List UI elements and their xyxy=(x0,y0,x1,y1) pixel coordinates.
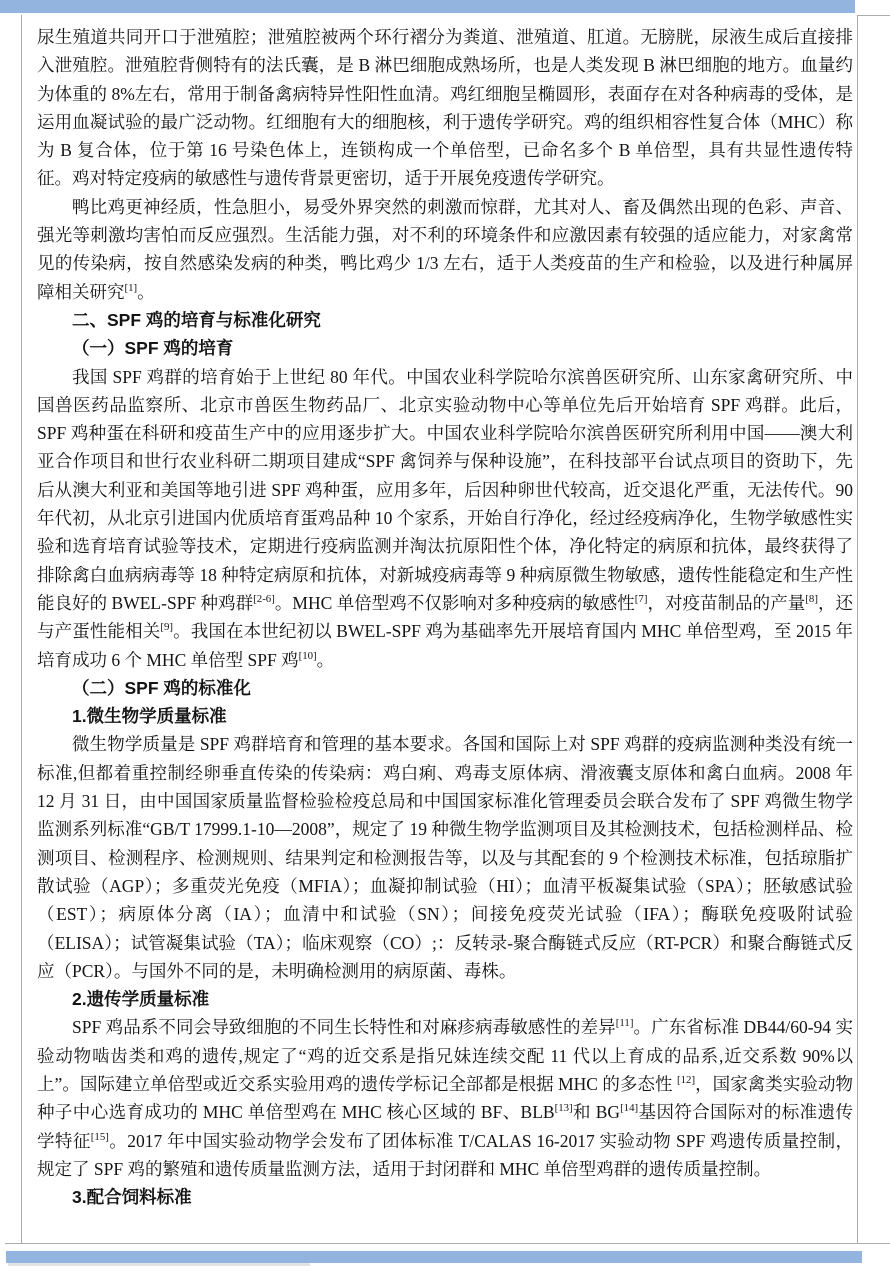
text-run: 。2017 年中国实验动物学会发布了团体标准 T/CALAS 16-2017 实… xyxy=(37,1131,853,1179)
text-run: 尿生殖道共同开口于泄殖腔；泄殖腔被两个环行褶分为粪道、泄殖道、肛道。无膀胱，尿液… xyxy=(37,27,853,188)
section-heading: （一）SPF 鸡的培育 xyxy=(37,334,853,362)
text-run: 我国 SPF 鸡群的培育始于上世纪 80 年代。中国农业科学院哈尔滨兽医研究所、… xyxy=(37,367,853,613)
page-border-right xyxy=(857,15,858,1243)
citation-superscript: [9] xyxy=(160,621,173,633)
paragraph: 我国 SPF 鸡群的培育始于上世纪 80 年代。中国农业科学院哈尔滨兽医研究所、… xyxy=(37,363,853,674)
text-run: 二、SPF 鸡的培育与标准化研究 xyxy=(72,310,321,330)
paragraph: 尿生殖道共同开口于泄殖腔；泄殖腔被两个环行褶分为粪道、泄殖道、肛道。无膀胱，尿液… xyxy=(37,23,853,193)
text-run: 微生物学质量是 SPF 鸡群培育和管理的基本要求。各国和国际上对 SPF 鸡群的… xyxy=(37,734,853,980)
citation-superscript: [2-6] xyxy=(253,593,275,605)
citation-superscript: [13] xyxy=(555,1102,573,1114)
page-boundary-line-top-right xyxy=(857,15,890,16)
section-heading: 3.配合饲料标准 xyxy=(37,1183,853,1211)
text-run: 。 xyxy=(317,650,335,670)
citation-superscript: [11] xyxy=(616,1018,634,1030)
text-run: SPF 鸡品系不同会导致细胞的不同生长特性和对麻疹病毒敏感性的差异 xyxy=(72,1017,616,1037)
text-run: 。MHC 单倍型鸡不仅影响对多种疫病的敏感性 xyxy=(275,593,635,613)
section-heading: 1.微生物学质量标准 xyxy=(37,702,853,730)
citation-superscript: [14] xyxy=(620,1102,638,1114)
text-run: 和 BG xyxy=(573,1102,620,1122)
citation-superscript: [1] xyxy=(125,282,138,294)
text-run: 1.微生物学质量标准 xyxy=(72,706,227,726)
section-heading: 二、SPF 鸡的培育与标准化研究 xyxy=(37,306,853,334)
document-content: 尿生殖道共同开口于泄殖腔；泄殖腔被两个环行褶分为粪道、泄殖道、肛道。无膀胱，尿液… xyxy=(37,23,853,1243)
text-run: 2.遗传学质量标准 xyxy=(72,989,209,1009)
text-run: 3.配合饲料标准 xyxy=(72,1187,192,1207)
page-border-left xyxy=(21,15,22,1243)
paragraph: SPF 鸡品系不同会导致细胞的不同生长特性和对麻疹病毒敏感性的差异[11]。广东… xyxy=(37,1013,853,1183)
top-page-edge-bar xyxy=(0,0,855,13)
document-page: 尿生殖道共同开口于泄殖腔；泄殖腔被两个环行褶分为粪道、泄殖道、肛道。无膀胱，尿液… xyxy=(0,0,890,1271)
citation-superscript: [10] xyxy=(299,650,317,662)
citation-superscript: [12] xyxy=(677,1074,695,1086)
paragraph: 微生物学质量是 SPF 鸡群培育和管理的基本要求。各国和国际上对 SPF 鸡群的… xyxy=(37,730,853,985)
text-run: ，对疫苗制品的产量 xyxy=(647,593,805,613)
citation-superscript: [15] xyxy=(91,1131,109,1143)
citation-superscript: [7] xyxy=(635,593,648,605)
section-heading: 2.遗传学质量标准 xyxy=(37,985,853,1013)
page-border-bottom xyxy=(5,1243,890,1244)
text-run: 鸭比鸡更神经质，性急胆小，易受外界突然的刺激而惊群，尤其对人、畜及偶然出现的色彩… xyxy=(37,197,853,302)
paragraph: 鸭比鸡更神经质，性急胆小，易受外界突然的刺激而惊群，尤其对人、畜及偶然出现的色彩… xyxy=(37,193,853,306)
text-run: 。 xyxy=(137,282,155,302)
text-run: （二）SPF 鸡的标准化 xyxy=(72,678,251,698)
text-run: （一）SPF 鸡的培育 xyxy=(72,338,233,358)
citation-superscript: [8] xyxy=(805,593,818,605)
bottom-bar-shadow xyxy=(8,1263,310,1266)
section-heading: （二）SPF 鸡的标准化 xyxy=(37,674,853,702)
bottom-page-edge-bar xyxy=(6,1251,862,1263)
